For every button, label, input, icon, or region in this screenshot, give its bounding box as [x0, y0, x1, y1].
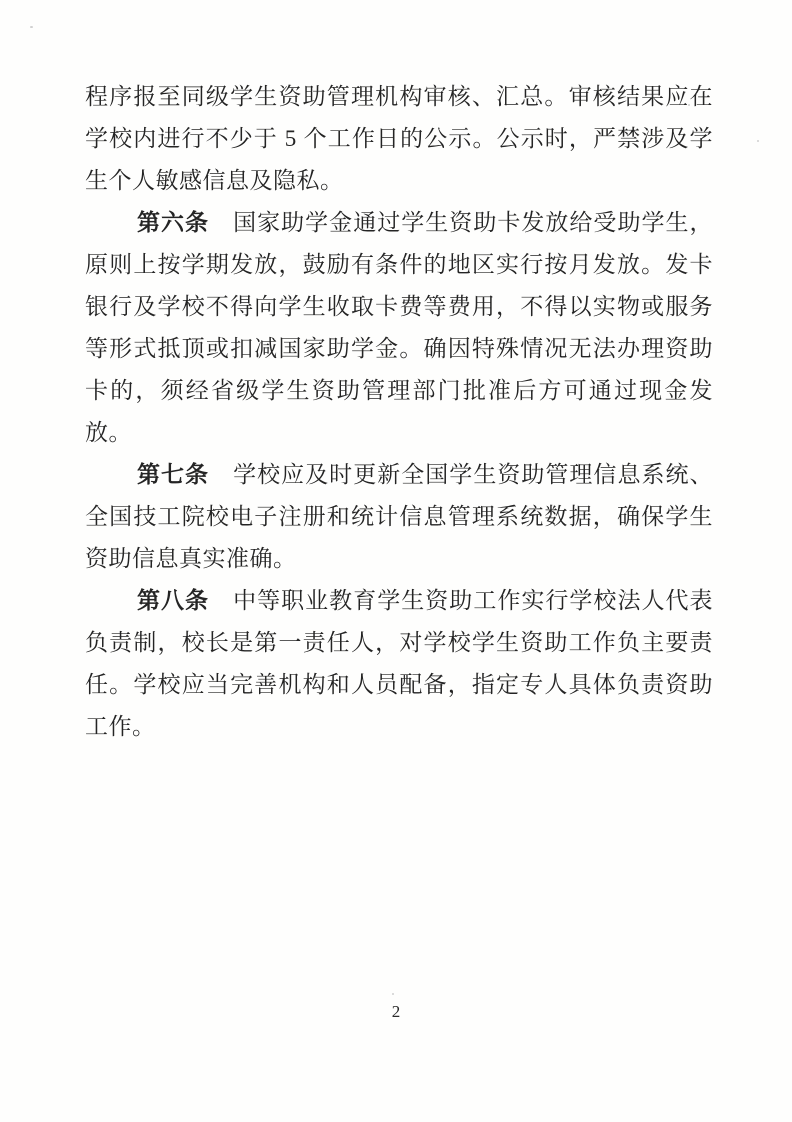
- text-line: 负责制，校长是第一责任人，对学校学生资助工作负主要责: [85, 622, 713, 664]
- text-line: 原则上按学期发放，鼓励有条件的地区实行按月发放。发卡: [85, 244, 713, 286]
- line-text: 等形式抵顶或扣减国家助学金。确因特殊情况无法办理资助: [85, 336, 713, 361]
- line-text: 工作。: [85, 714, 156, 739]
- text-line: 等形式抵顶或扣减国家助学金。确因特殊情况无法办理资助: [85, 328, 713, 370]
- document-page: 程序报至同级学生资助管理机构审核、汇总。审核结果应在 学校内进行不少于 5 个工…: [0, 0, 792, 1122]
- line-text: 程序报至同级学生资助管理机构审核、汇总。审核结果应在: [85, 84, 713, 109]
- line-text: 卡的，须经省级学生资助管理部门批准后方可通过现金发: [85, 378, 713, 403]
- scan-speck: [757, 140, 759, 142]
- text-line: 银行及学校不得向学生收取卡费等费用，不得以实物或服务: [85, 286, 713, 328]
- text-line: 放。: [85, 412, 713, 454]
- text-line: 生个人敏感信息及隐私。: [85, 160, 713, 202]
- article-number: 第七条: [137, 462, 209, 487]
- line-text: 放。: [85, 420, 132, 445]
- text-line: 第六条 国家助学金通过学生资助卡发放给受助学生，: [85, 202, 713, 244]
- scan-speck: [612, 606, 614, 608]
- line-text: 原则上按学期发放，鼓励有条件的地区实行按月发放。发卡: [85, 252, 713, 277]
- document-body: 程序报至同级学生资助管理机构审核、汇总。审核结果应在 学校内进行不少于 5 个工…: [85, 76, 713, 748]
- line-text: 生个人敏感信息及隐私。: [85, 168, 344, 193]
- article-number: 第六条: [137, 210, 209, 235]
- text-line: 工作。: [85, 706, 713, 748]
- text-line: 程序报至同级学生资助管理机构审核、汇总。审核结果应在: [85, 76, 713, 118]
- text-line: 全国技工院校电子注册和统计信息管理系统数据，确保学生: [85, 496, 713, 538]
- text-line: 卡的，须经省级学生资助管理部门批准后方可通过现金发: [85, 370, 713, 412]
- line-text: 任。学校应当完善机构和人员配备，指定专人具体负责资助: [85, 672, 713, 697]
- article-number: 第八条: [137, 588, 209, 613]
- line-text: 国家助学金通过学生资助卡发放给受助学生，: [209, 210, 713, 235]
- line-text: 学校内进行不少于 5 个工作日的公示。公示时，严禁涉及学: [85, 126, 713, 151]
- line-text: 资助信息真实准确。: [85, 546, 297, 571]
- page-number: 2: [0, 1002, 792, 1022]
- text-line: 资助信息真实准确。: [85, 538, 713, 580]
- line-text: 负责制，校长是第一责任人，对学校学生资助工作负主要责: [85, 630, 713, 655]
- text-line: 第七条 学校应及时更新全国学生资助管理信息系统、: [85, 454, 713, 496]
- text-line: 第八条 中等职业教育学生资助工作实行学校法人代表: [85, 580, 713, 622]
- line-text: 全国技工院校电子注册和统计信息管理系统数据，确保学生: [85, 504, 713, 529]
- scan-speck: [392, 993, 394, 995]
- text-line: 任。学校应当完善机构和人员配备，指定专人具体负责资助: [85, 664, 713, 706]
- scan-speck: [688, 104, 690, 106]
- line-text: 银行及学校不得向学生收取卡费等费用，不得以实物或服务: [85, 294, 713, 319]
- line-text: 学校应及时更新全国学生资助管理信息系统、: [209, 462, 713, 487]
- line-text: 中等职业教育学生资助工作实行学校法人代表: [209, 588, 713, 613]
- scan-speck: [30, 26, 33, 28]
- text-line: 学校内进行不少于 5 个工作日的公示。公示时，严禁涉及学: [85, 118, 713, 160]
